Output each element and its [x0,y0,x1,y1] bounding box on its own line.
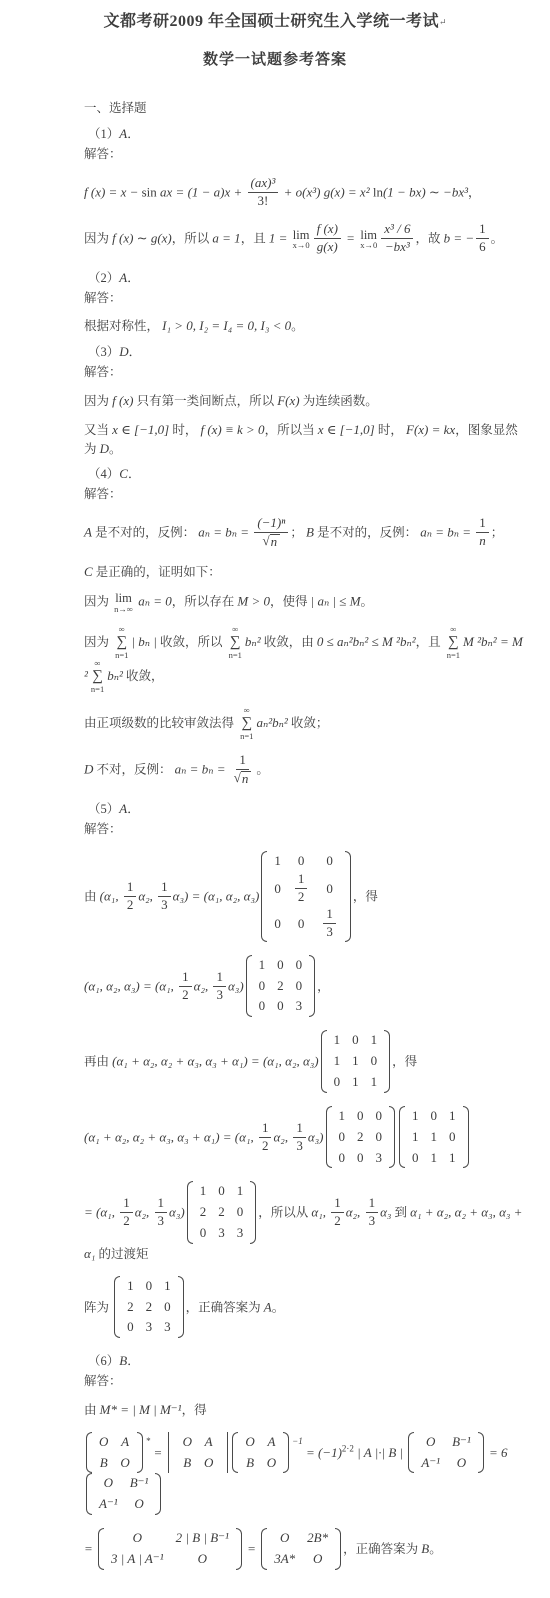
matrix-cell: 1 [406,1127,425,1148]
matrix-row: 033 [194,1223,250,1244]
math-run: ax = (1 − a)x + [160,184,246,199]
roman-run: 1 [127,879,134,894]
sum-upper: ∞ [244,706,250,715]
roman-run: 6 [479,239,486,254]
roman-run: 1 [371,1032,378,1047]
roman-run: 0 [334,1074,341,1089]
math-run: x³ / 6 [384,221,410,236]
roman-run: 3 [237,1225,244,1240]
numerator: 1 [155,1196,168,1213]
text-run: ，且 [416,635,444,649]
math-run: aₙ²bₙ² [256,715,287,730]
roman-run: 0 [352,1032,359,1047]
lim-lower: x→0 [293,241,310,250]
math-run: A [121,1434,129,1449]
text-run: 因为 [84,595,112,609]
roman-run: 0 [296,957,303,972]
text-run: 是不对的，反例： [92,526,198,540]
formula-line: = (α₁, 12α₂, 13α₃)101220033，所以从 α₁, 12α₂… [84,1182,526,1263]
matrix-cell: 0 [212,1181,231,1202]
question-answer-line: （1）A． [84,125,526,144]
numerator: 1 [323,907,336,924]
roman-run: 0 [274,916,281,931]
fraction: 13 [293,1121,306,1154]
math-run: O [267,1455,276,1470]
paren-right [178,1276,184,1339]
matrix-cell: 0 [351,1148,370,1169]
fraction: f (x)g(x) [314,222,341,255]
text-run: 是不对的，反例： [314,526,420,540]
matrix-row: 0013 [268,907,344,942]
math-run: (α₁, α₂, α₃) = (α₁, [84,978,177,993]
matrix-cell: 2 [351,1127,370,1148]
matrix-cell: O [415,1432,446,1453]
matrix-row: 003 [333,1148,389,1169]
matrix-cell: O [93,1473,124,1494]
sum-lower: n=1 [115,651,128,660]
roman-run: 3 [158,1213,165,1228]
text-run: ． [128,467,141,481]
text-line: 又当 x ∈ [−1,0] 时， f (x) ≡ k > 0，所以当 x ∈ [… [84,421,526,459]
determinant: OABO [168,1432,229,1474]
denominator: 3 [155,1213,168,1229]
math-run: = [244,1541,259,1556]
roman-run: 2 [200,1204,207,1219]
text-run: 因为 [84,394,112,408]
text-run: 解答： [84,1374,122,1388]
numerator: x³ / 6 [381,222,413,239]
document-header: 文都考研2009 年全国硕士研究生入学统一考试↵ 数学一试题参考答案 [0,0,550,69]
math-run: α₂, [135,1205,153,1220]
matrix-cell: 0 [231,1202,250,1223]
matrix-cell: A [261,1432,282,1453]
matrix-cell: A⁻¹ [415,1453,446,1474]
matrix: O2 | B | B⁻¹3 | A | A⁻¹O [98,1528,242,1570]
text-line: 根据对称性， I₁ > 0, I₂ = I₄ = 0, I₃ < 0。 [84,317,526,336]
math-run: A⁻¹ [99,1496,118,1511]
matrix-cell: 0 [287,907,316,942]
text-run: ， [468,185,481,199]
roman-run: 3 [369,1213,376,1228]
matrix-body: 101110011 [328,1030,384,1093]
matrix-row: O2B* [268,1528,334,1549]
sum-upper: ∞ [95,659,101,668]
roman-run: 0 [218,1183,225,1198]
matrix-body: OABO [93,1432,136,1474]
denominator: 2 [120,1213,133,1229]
paren-left [326,1106,332,1169]
paren-left [261,851,267,942]
text-run: 收敛； [288,716,329,730]
matrix-cell: 1 [231,1181,250,1202]
matrix-row: BO [93,1453,136,1474]
roman-run: 1 [479,221,486,236]
roman-run: 0 [277,998,284,1013]
matrix-cell: 0 [333,1127,352,1148]
fraction: 13 [155,1196,168,1229]
denominator: −bx³ [382,239,413,255]
text-run: 只有第一类间断点，所以 [133,394,277,408]
math-run: B [246,1455,254,1470]
roman-run: 1 [412,1129,419,1144]
roman-run: 1 [216,969,223,984]
paren-right [463,1106,469,1169]
paren-right [250,1181,256,1244]
math-run: 3A* [274,1551,295,1566]
text-run: ， [317,979,330,993]
vert-bar-left [168,1432,174,1474]
matrix-cell: 3 [231,1223,250,1244]
math-run: M > 0 [237,594,270,609]
fraction: x³ / 6−bx³ [381,222,413,255]
text-run: 收敛， [123,669,164,683]
text-run: ． [127,127,140,141]
roman-run: 3 [161,897,168,912]
text-run: 解答： [84,291,122,305]
matrix-cell: O [446,1453,477,1474]
roman-run: 2 [357,1129,364,1144]
roman-run: 3 [164,1319,171,1334]
paren-right [389,1106,395,1169]
math-run: C [119,466,128,481]
roman-run: 2 [127,897,134,912]
formula-line: 再由 (α₁ + α₂, α₂ + α₃, α₃ + α₁) = (α₁, α₂… [84,1031,526,1094]
matrix-row: 020 [253,976,309,997]
roman-run: 2 [218,1204,225,1219]
sum-upper: ∞ [450,625,456,634]
math-run: B⁻¹ [130,1475,149,1490]
roman-run: 1 [239,752,246,767]
math-run: f (x) = x − [84,184,142,199]
matrix: 100020003 [246,955,316,1018]
matrix-cell: 1 [328,1051,347,1072]
matrix-body: OB⁻¹A⁻¹O [93,1473,154,1515]
solution-label-line: 解答： [84,363,526,382]
paren-right [137,1432,143,1474]
matrix-cell: 3A* [268,1549,301,1570]
superscript: −1 [292,1436,303,1446]
math-run: g(x) [317,239,338,254]
numerator: 1 [179,970,192,987]
formula-line: OABO* = OABOOABO−1 = (−1)2·2 | A |·| B |… [84,1433,526,1516]
radicand: n [270,534,281,549]
matrix-row: OA [177,1432,220,1453]
roman-run: 3 [218,1225,225,1240]
formula-line: 由正项级数的比较审敛法得 ∞∑n=1aₙ²bₙ² 收敛； [84,707,526,741]
text-run: ，所以 [172,231,213,245]
roman-run: 1 [449,1150,456,1165]
roman-run: 2 [298,889,305,904]
math-run: O [245,1434,254,1449]
matrix-cell: 1 [406,1106,425,1127]
numerator: (ax)³ [248,176,279,193]
roman-run: 1 [262,1120,269,1135]
denominator: 3 [323,924,336,940]
denominator: 2 [295,889,308,905]
roman-run: 1 [158,1195,165,1210]
section-heading: 一、选择题 [84,99,526,118]
roman-run: 0 [259,998,266,1013]
matrix-row: A⁻¹O [93,1494,154,1515]
matrix-row: OB⁻¹ [415,1432,476,1453]
matrix-row: 003 [253,996,309,1017]
roman-run: 2 [262,1138,269,1153]
sum-lower: n=1 [447,651,460,660]
denominator: 3 [366,1213,379,1229]
matrix-cell: 1 [268,851,287,872]
denominator: 3 [213,987,226,1003]
math-run: D [119,344,128,359]
matrix-cell: A [198,1432,219,1453]
matrix-cell: 0 [253,996,272,1017]
matrix-cell: 1 [346,1072,365,1093]
matrix-cell: 0 [290,976,309,997]
matrix-body: 101110011 [406,1106,462,1169]
denominator: 2 [331,1213,344,1229]
roman-run: 0 [298,916,305,931]
text-run: 解答： [84,365,122,379]
text-line: 由 M* = | M | M⁻¹，得 [84,1401,526,1420]
matrix-cell: O [239,1432,260,1453]
math-run: | bₙ | [131,634,156,649]
sum-upper: ∞ [119,625,125,634]
paren-left [321,1030,327,1093]
text-run: ，且 [241,231,269,245]
paren-right [236,1528,242,1570]
matrix-body: O2B*3A*O [268,1528,334,1570]
fraction: (ax)³3! [248,176,279,209]
math-run: O [426,1434,435,1449]
matrix-row: 033 [121,1317,177,1338]
math-run: α₃) [308,1129,324,1144]
matrix-cell: 1 [194,1181,213,1202]
math-run: α₃ [380,1205,391,1220]
text-run: （3） [88,345,119,359]
matrix-cell: B⁻¹ [124,1473,155,1494]
text-run: 由正项级数的比较审敛法得 [84,716,237,730]
math-run: f (x) ≡ k > 0 [200,422,264,437]
matrix-cell: 0 [253,976,272,997]
text-run: ； [491,526,504,540]
math-run: F(x) [277,393,299,408]
matrix-cell: 0 [315,851,344,872]
sum-operator: ∞∑n=1 [229,625,242,659]
text-run: （2） [88,271,119,285]
sum-operator: ∞∑n=1 [115,625,128,659]
denominator: 2 [179,987,192,1003]
matrix-cell: 1 [425,1148,444,1169]
roman-run: 0 [164,1299,171,1314]
numerator: 1 [158,880,171,897]
text-run: ，正确答案为 [343,1542,421,1556]
matrix-cell: 0 [443,1127,462,1148]
denominator: 3 [158,897,171,913]
limit-operator: limx→0 [360,229,377,250]
matrix-cell: 1 [121,1276,140,1297]
formula-line: 阵为 101220033，正确答案为 A。 [84,1277,526,1340]
math-run: O [120,1455,129,1470]
math-run: D [100,441,109,456]
math-run: n [479,533,486,548]
math-run: O [183,1434,192,1449]
math-run: (α₁ + α₂, α₂ + α₃, α₃ + α₁) = (α₁, [84,1129,257,1144]
numerator: 1 [213,970,226,987]
text-run: 的过渡矩 [95,1247,148,1261]
solution-label-line: 解答： [84,1372,526,1391]
roman-run: 1 [352,1053,359,1068]
matrix-cell: 3 [158,1317,177,1338]
sum-operator: ∞∑n=1 [447,625,460,659]
roman-run: 1 [161,879,168,894]
matrix-cell: B [239,1453,260,1474]
matrix-cell: 0 [158,1297,177,1318]
numerator: 1 [120,1196,133,1213]
question-answer-line: （5）A． [84,800,526,819]
math-run: x ∈ [−1,0] [318,422,375,437]
text-run: （6） [88,1354,119,1368]
matrix-cell: 0 [271,996,290,1017]
math-run: aₙ = bₙ = [175,762,229,777]
matrix-row: 100 [268,851,344,872]
text-run: 时， [375,423,406,437]
math-run: (α₁, [100,888,122,903]
roman-run: 3 [146,1319,153,1334]
math-run: f (x) [112,393,133,408]
matrix-row: 100 [253,955,309,976]
matrix-cell: O [177,1432,198,1453]
roman-run: 0 [237,1204,244,1219]
square-root: √n [234,771,252,786]
matrix-row: 101 [121,1276,177,1297]
document-body: 一、选择题（1）A．解答：f (x) = x − sin ax = (1 − a… [0,81,550,1597]
text-run: （1） [88,127,119,141]
formula-line: A 是不对的，反例： aₙ = bₙ = (−1)ⁿ√n； B 是不对的，反例：… [84,517,526,550]
fraction: (−1)ⁿ√n [254,516,288,549]
math-run: (ax)³ [251,175,276,190]
matrix-cell: 2 [212,1202,231,1223]
paren-left [246,955,252,1018]
paren-left [86,1432,92,1474]
paren-left [261,1528,267,1570]
math-run: B⁻¹ [452,1434,471,1449]
roman-run: 1 [369,1195,376,1210]
roman-run: 0 [339,1129,346,1144]
math-run: α₂, [194,978,212,993]
matrix: 100020003 [326,1106,396,1169]
roman-run: 3 [296,1138,303,1153]
paren-right [478,1432,484,1474]
numerator: 1 [476,516,489,533]
roman-run: 0 [431,1108,438,1123]
math-run: O [134,1496,143,1511]
matrix-cell: 0 [121,1317,140,1338]
paren-right [155,1473,161,1515]
math-run: C [84,564,93,579]
matrix: OB⁻¹A⁻¹O [86,1473,161,1515]
matrix-row: 110 [406,1127,462,1148]
math-run: F(x) = kx [406,422,455,437]
matrix-row: OB⁻¹ [93,1473,154,1494]
roman-run: 0 [200,1225,207,1240]
denominator: √n [260,533,284,549]
vert-bar-right [222,1432,228,1474]
roman-run: 3 [326,924,333,939]
math-run: = (α₁, [84,1205,118,1220]
roman-run: ln [370,184,383,199]
roman-run: 2 [146,1299,153,1314]
sum-upper: ∞ [232,625,238,634]
text-run: 。 [291,319,304,333]
numerator: 1 [476,222,489,239]
document-subtitle: 数学一试题参考答案 [0,48,550,69]
radical-sign: √ [234,771,241,785]
roman-run: 0 [326,881,333,896]
matrix-body: O2 | B | B⁻¹3 | A | A⁻¹O [105,1528,235,1570]
paren-right [335,1528,341,1570]
math-run: A [205,1434,213,1449]
text-run: 收敛，所以 [157,635,226,649]
roman-run: 2 [182,987,189,1002]
matrix: OB⁻¹A⁻¹O [408,1432,483,1474]
question-answer-line: （2）A． [84,269,526,288]
roman-run: 0 [277,957,284,972]
text-run: 收敛，由 [261,635,317,649]
matrix-row: 3A*O [268,1549,334,1570]
roman-run: 1 [200,1183,207,1198]
roman-run: 1 [479,515,486,530]
text-run: ，所以当 [265,423,318,437]
square-root: √n [263,534,281,549]
math-run: I₁ > 0, I₂ = I₄ = 0, I₃ < 0 [162,318,291,333]
matrix-cell: 13 [315,907,344,942]
math-run: O [99,1434,108,1449]
math-run: A⁻¹ [421,1455,440,1470]
text-run: 。 [109,442,122,456]
numerator: (−1)ⁿ [254,516,288,533]
matrix-row: 220 [194,1202,250,1223]
sigma-glyph: ∑ [116,635,127,650]
formula-line: = O2 | B | B⁻¹3 | A | A⁻¹O = O2B*3A*O，正确… [84,1529,526,1571]
matrix-cell: 1 [253,955,272,976]
matrix-row: 011 [328,1072,384,1093]
matrix: 10001200013 [261,851,351,942]
math-run: aₙ = bₙ = [420,525,474,540]
sum-operator: ∞∑n=1 [91,659,104,693]
matrix-cell: 0 [290,955,309,976]
roman-run: 3 [216,987,223,1002]
roman-run: 1 [431,1129,438,1144]
math-run: B [100,1455,108,1470]
paren-left [232,1432,238,1474]
text-run: 一、选择题 [84,101,147,115]
math-run: α₃) [169,1205,185,1220]
math-run: α₂, [273,1129,291,1144]
roman-run: sin [142,184,160,199]
denominator: 3! [255,193,272,209]
text-run: ． [129,345,142,359]
text-run: ； [290,526,306,540]
paren-left [408,1432,414,1474]
lim-lower: x→0 [360,241,377,250]
math-run: = [84,1541,96,1556]
math-run: O [457,1455,466,1470]
roman-run: 1 [123,1195,130,1210]
fraction: 1n [476,516,489,549]
math-run: O [198,1551,207,1566]
matrix-row: 020 [333,1127,389,1148]
text-run: 不对，反例： [93,763,174,777]
matrix-cell: 2 [194,1202,213,1223]
